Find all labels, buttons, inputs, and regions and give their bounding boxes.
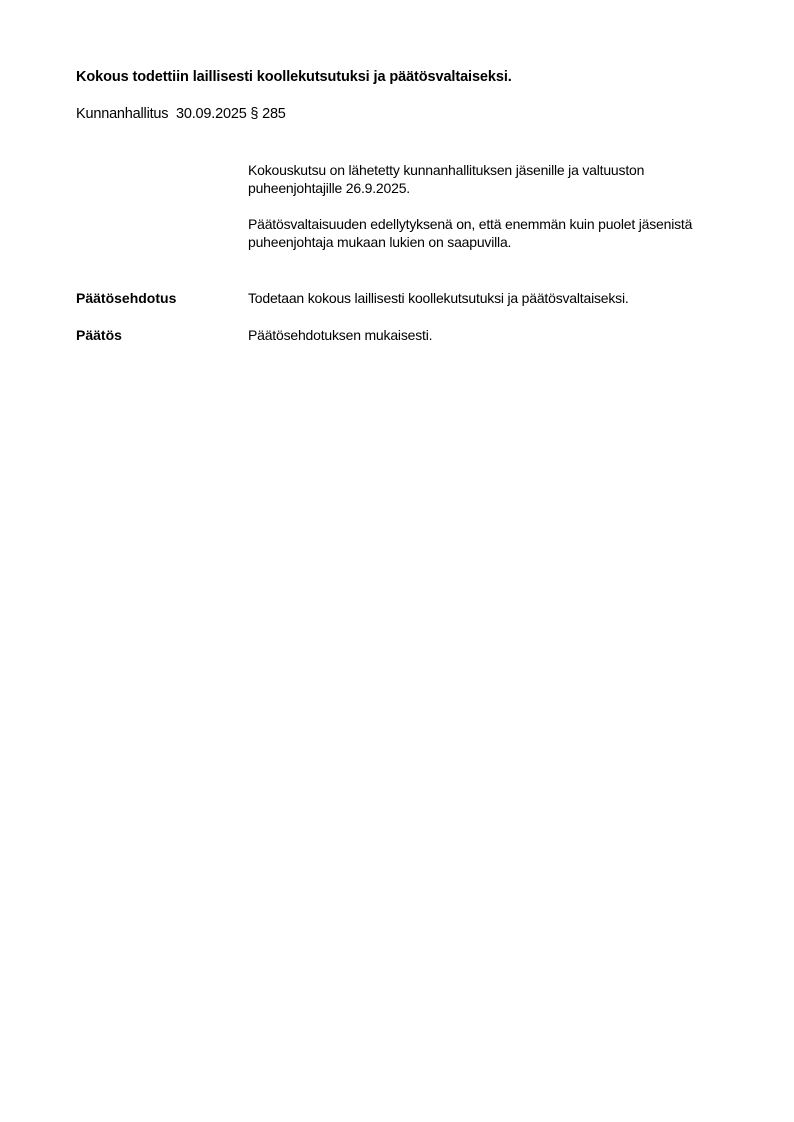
decision-text: Päätösehdotuksen mukaisesti. (248, 327, 432, 343)
document-title: Kokous todettiin laillisesti koollekutsu… (76, 69, 512, 85)
decision-label: Päätös (76, 327, 248, 343)
proposal-label: Päätösehdotus (76, 290, 248, 306)
quorum-paragraph: Päätösvaltaisuuden edellytyksenä on, ett… (248, 215, 728, 251)
meeting-reference: Kunnanhallitus 30.09.2025 § 285 (76, 106, 286, 122)
invitation-paragraph: Kokouskutsu on lähetetty kunnanhallituks… (248, 161, 728, 197)
proposal-text: Todetaan kokous laillisesti koollekutsut… (248, 290, 629, 306)
